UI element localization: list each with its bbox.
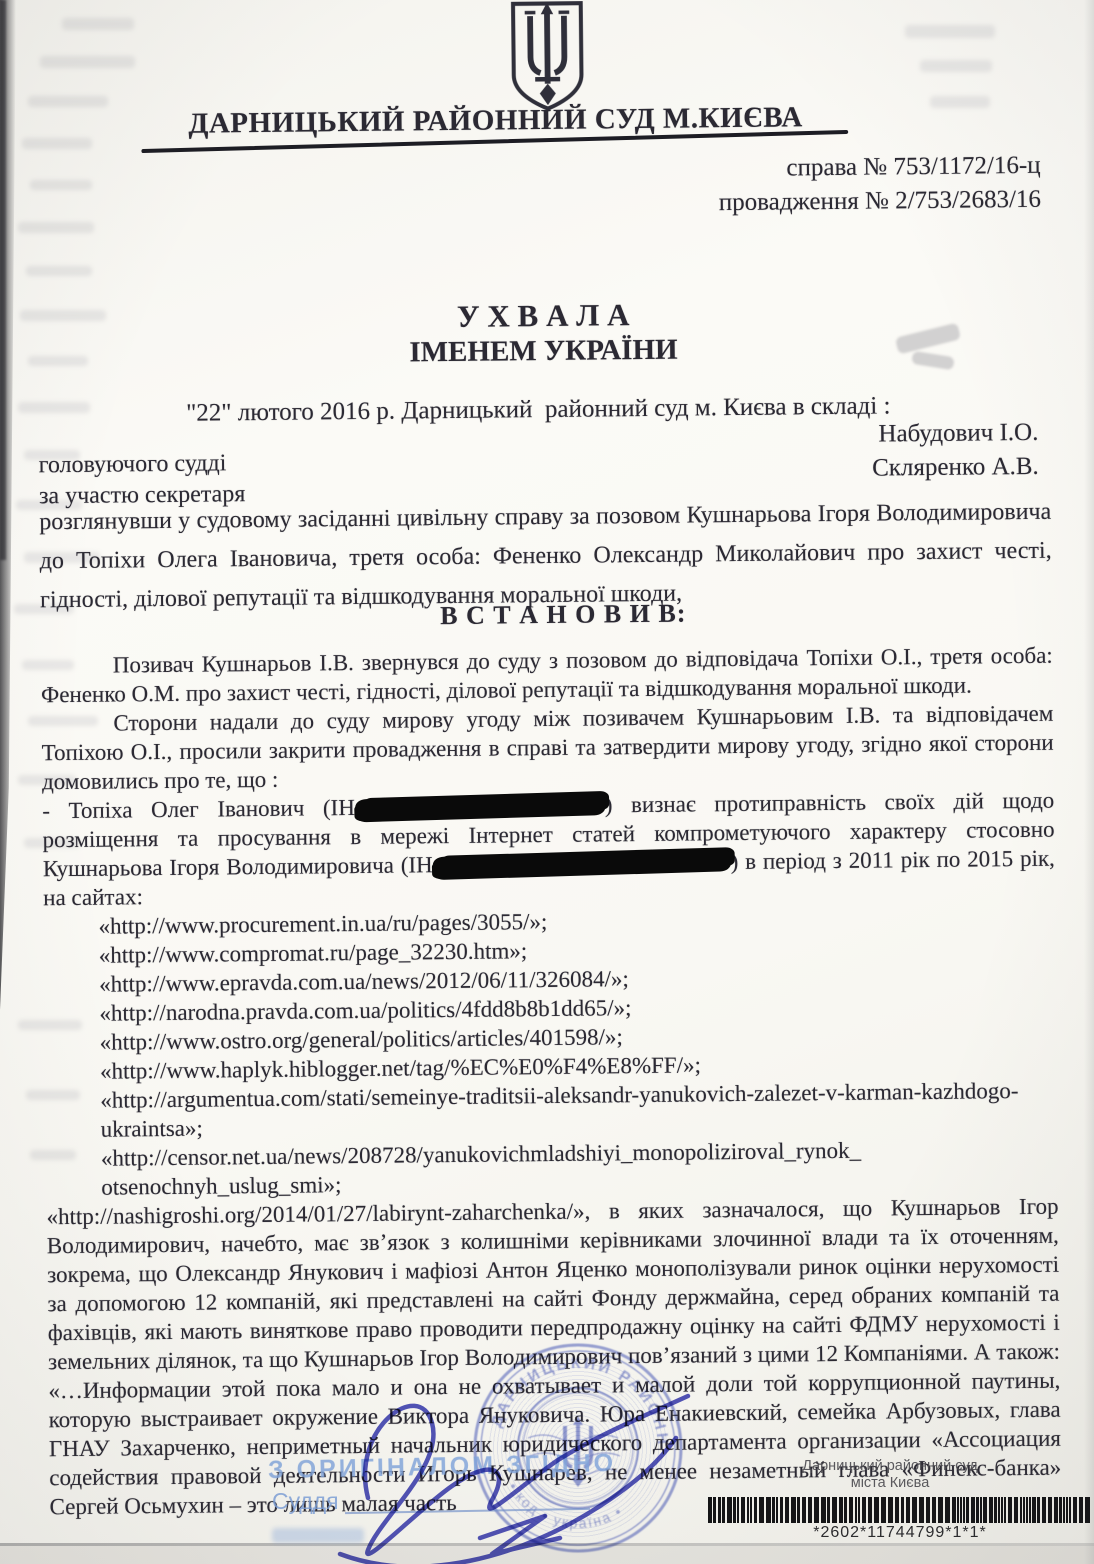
barcode-value: *2602*11744799*1*1*	[708, 1524, 1092, 1542]
case-numbers-block: справа № 753/1172/16-ц провадження № 2/7…	[593, 149, 1041, 222]
listed-url: «http://argumentua.com/stati/semeinye-tr…	[45, 1076, 1058, 1145]
body-paragraph-2: Сторони надали до суду мирову угоду між …	[41, 699, 1054, 797]
judge-name: Набудович І.О.	[786, 419, 1038, 450]
court-name-heading: ДАРНИЦЬКИЙ РАЙОННИЙ СУД М.КИЄВА	[0, 99, 998, 143]
court-overlay-line1: Дарницький районний суд	[770, 1458, 1010, 1475]
judge-role-label: головуючого судді	[39, 450, 227, 479]
listed-url: «http://censor.net.ua/news/208728/yanuko…	[46, 1134, 1059, 1203]
body-paragraph-3: - Топіха Олег Іванович (ІН) визнає проти…	[42, 786, 1055, 913]
proceeding-number-line: провадження № 2/753/2683/16	[594, 183, 1041, 222]
redaction-bar-2	[432, 848, 731, 880]
document-title-block: У Х В А Л А ІМЕНЕМ УКРАЇНИ	[37, 293, 1050, 374]
secretary-name: Скляренко А.В.	[787, 453, 1039, 484]
document-content: ДАРНИЦЬКИЙ РАЙОННИЙ СУД М.КИЄВА справа №…	[0, 0, 1094, 1564]
barcode	[708, 1497, 1092, 1523]
scanned-court-document-page: ДАРНИЦЬКИЙ РАЙОННИЙ СУД М.КИЄВА справа №…	[0, 0, 1094, 1564]
paragraph3-text: - Топіха Олег Іванович (ІН	[42, 795, 355, 823]
date-and-court-line: "22" лютого 2016 р. Дарницький районний …	[186, 392, 891, 427]
judge-signature-handwritten	[320, 1368, 720, 1564]
case-number-line: справа № 753/1172/16-ц	[593, 149, 1040, 188]
court-overlay-line2: міста Києва	[770, 1475, 1010, 1492]
ukraine-trident-emblem-icon	[502, 0, 593, 114]
body-paragraph-1: Позивач Кушнарьов І.В. звернувся до суду…	[41, 641, 1054, 710]
court-overlay-label: Дарницький районний суд міста Києва	[770, 1458, 1010, 1492]
redaction-bar-1	[355, 792, 606, 822]
